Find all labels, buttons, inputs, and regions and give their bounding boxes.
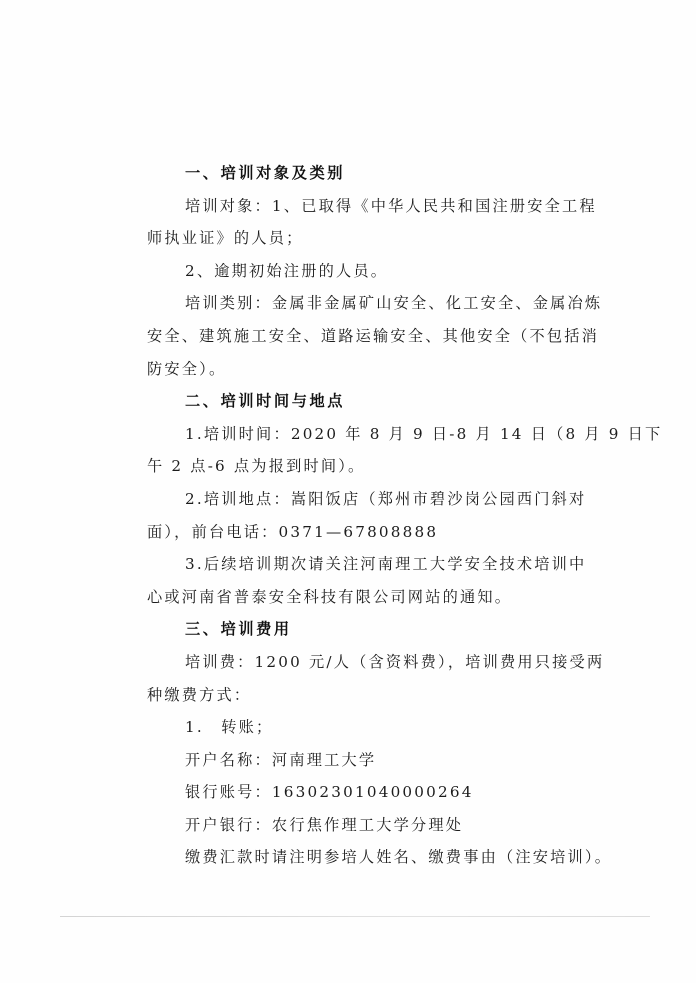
account-name-line: 开户名称：河南理工大学 — [147, 744, 565, 777]
scan-edge-divider — [60, 916, 650, 917]
paragraph-line: 安全、建筑施工安全、道路运输安全、其他安全（不包括消 — [147, 320, 565, 353]
paragraph-line: 1.培训时间：2020 年 8 月 9 日-8 月 14 日（8 月 9 日下 — [147, 418, 565, 451]
paragraph-line: 培训费：1200 元/人（含资料费），培训费用只接受两 — [147, 646, 565, 679]
paragraph-line: 2.培训地点：嵩阳饭店（郑州市碧沙岗公园西门斜对 — [147, 483, 565, 516]
document-body: 一、培训对象及类别 培训对象：1、已取得《中华人民共和国注册安全工程 师执业证》… — [147, 157, 565, 874]
paragraph-line: 种缴费方式： — [147, 679, 565, 712]
bank-branch-line: 开户银行：农行焦作理工大学分理处 — [147, 809, 565, 842]
paragraph-line: 3.后续培训期次请关注河南理工大学安全技术培训中 — [147, 548, 565, 581]
section-heading-time-and-place: 二、培训时间与地点 — [147, 385, 565, 418]
paragraph-line: 培训类别：金属非金属矿山安全、化工安全、金属冶炼 — [147, 287, 565, 320]
scanned-document-page: 一、培训对象及类别 培训对象：1、已取得《中华人民共和国注册安全工程 师执业证》… — [0, 0, 696, 983]
paragraph-line: 1. 转账； — [147, 711, 565, 744]
payment-note-line: 缴费汇款时请注明参培人姓名、缴费事由（注安培训）。 — [147, 841, 565, 874]
paragraph-line: 面），前台电话：0371—67808888 — [147, 516, 565, 549]
section-heading-training-targets: 一、培训对象及类别 — [147, 157, 565, 190]
paragraph-line: 2、逾期初始注册的人员。 — [147, 255, 565, 288]
paragraph-line: 师执业证》的人员； — [147, 222, 565, 255]
paragraph-line: 心或河南省普泰安全科技有限公司网站的通知。 — [147, 581, 565, 614]
section-heading-training-fees: 三、培训费用 — [147, 613, 565, 646]
account-number-line: 银行账号：16302301040000264 — [147, 776, 565, 809]
paragraph-line: 培训对象：1、已取得《中华人民共和国注册安全工程 — [147, 190, 565, 223]
paragraph-line: 午 2 点-6 点为报到时间）。 — [147, 450, 565, 483]
paragraph-line: 防安全）。 — [147, 353, 565, 386]
